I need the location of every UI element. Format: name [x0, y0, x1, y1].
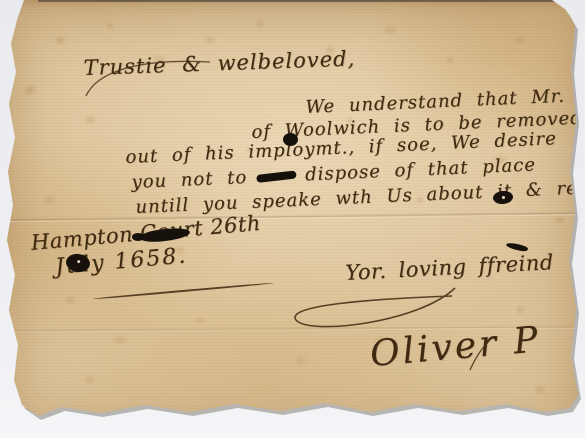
scribbled-out-word [256, 170, 297, 182]
ink-blot-woolwich [283, 133, 298, 146]
ink-blot-about-it [492, 190, 513, 205]
ink-blot-court-tail [132, 233, 144, 241]
aged-paper-sheet: Trustie & welbeloved, We understand that… [0, 0, 585, 438]
closing-initial-flourish [295, 288, 455, 327]
scanned-letter-scene: Trustie & welbeloved, We understand that… [0, 0, 585, 438]
dateline-underline-flourish [92, 282, 273, 300]
fold-crease-upper [0, 211, 585, 222]
ink-dash-mark [506, 241, 529, 252]
salutation-line: Trustie & welbeloved, [83, 47, 355, 80]
scan-edge-strip [38, 0, 555, 2]
closing-line: Yor. loving ffreind [345, 250, 555, 285]
ink-blot-glint [77, 260, 80, 263]
ink-blot-glint [502, 195, 505, 198]
body-line-4-before: you not to [131, 167, 248, 193]
